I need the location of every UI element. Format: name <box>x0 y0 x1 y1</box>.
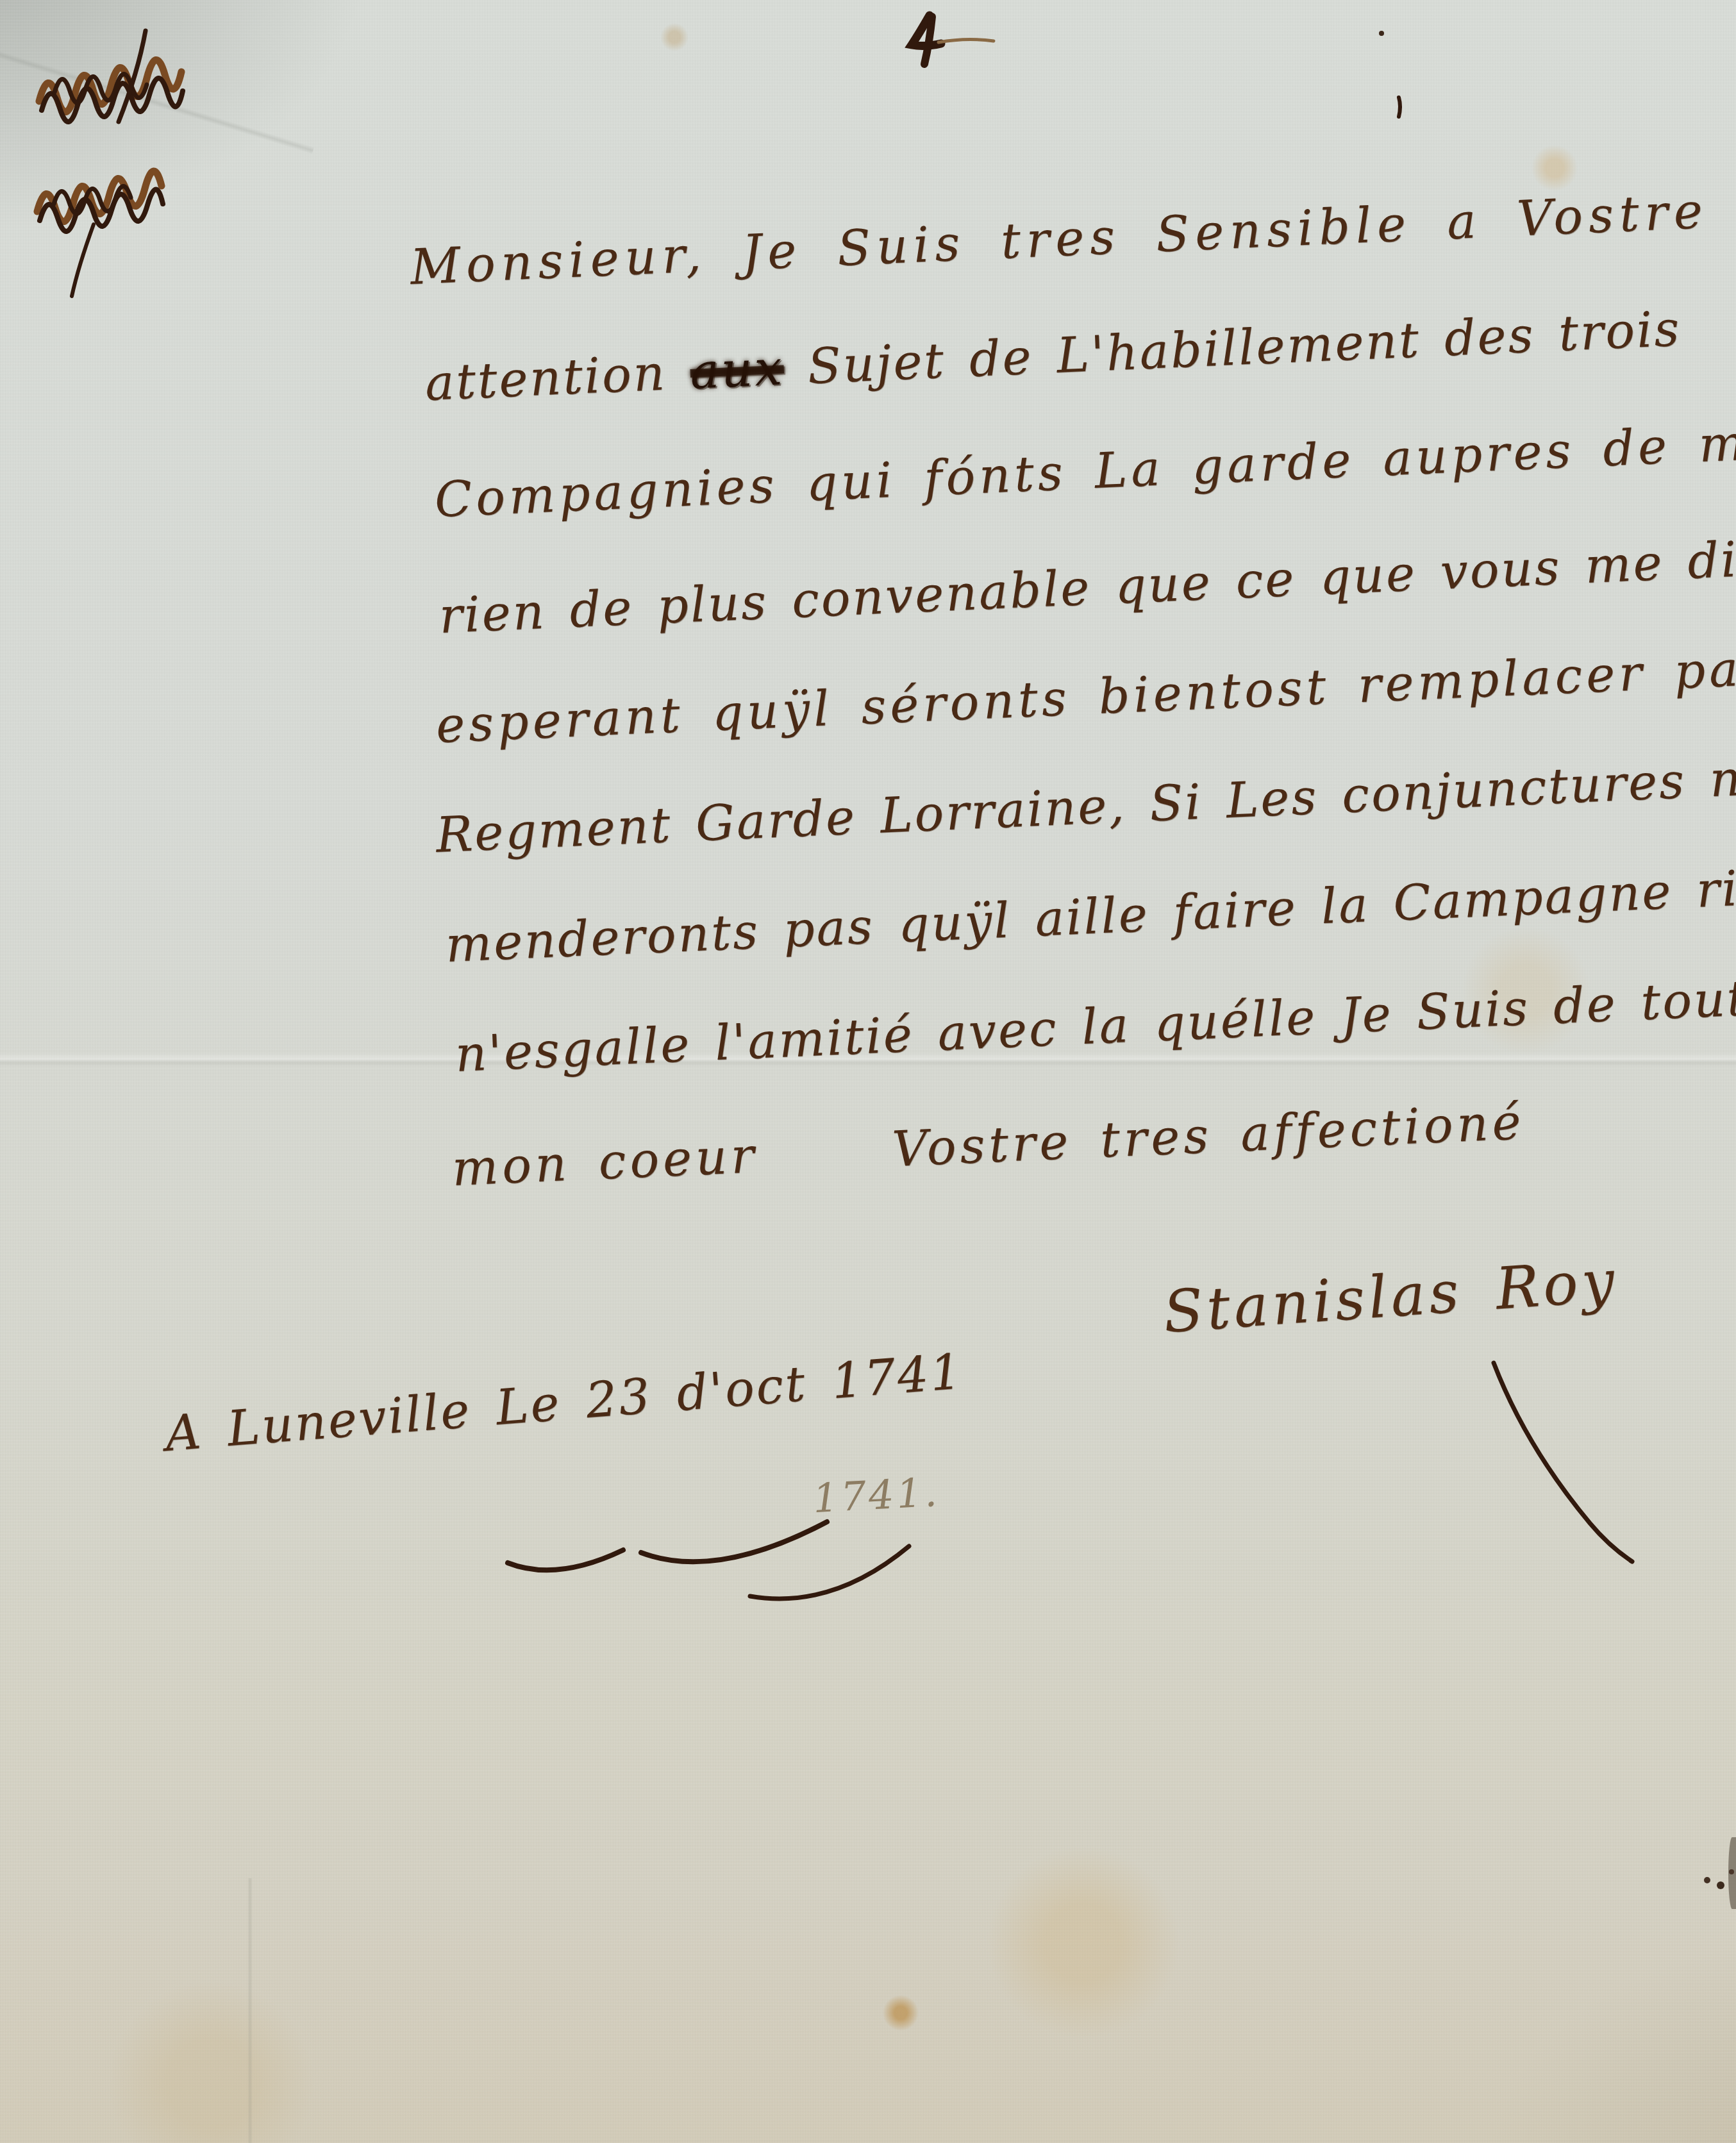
ink-blot-strikethrough: aux <box>689 339 785 400</box>
dateline: A Luneville Le 23 d'oct 1741 <box>163 1342 965 1462</box>
crossed-out-scribble-1 <box>35 26 202 135</box>
year-annotation: 1741. <box>812 1469 940 1522</box>
line-9-gap <box>758 1166 893 1172</box>
letter-line-9-text: mon coeur <box>451 1126 759 1197</box>
letter-line-2-prefix: attention <box>424 344 667 412</box>
paper-crease-vertical <box>247 1878 253 2143</box>
page-number-mark: 4 <box>896 5 1018 76</box>
letter-page: 4 Monsieur, Je Suis tres Sensible a Vost… <box>0 0 1736 2143</box>
ink-specks <box>1346 19 1736 1917</box>
crossed-out-scribble-2 <box>32 153 192 249</box>
